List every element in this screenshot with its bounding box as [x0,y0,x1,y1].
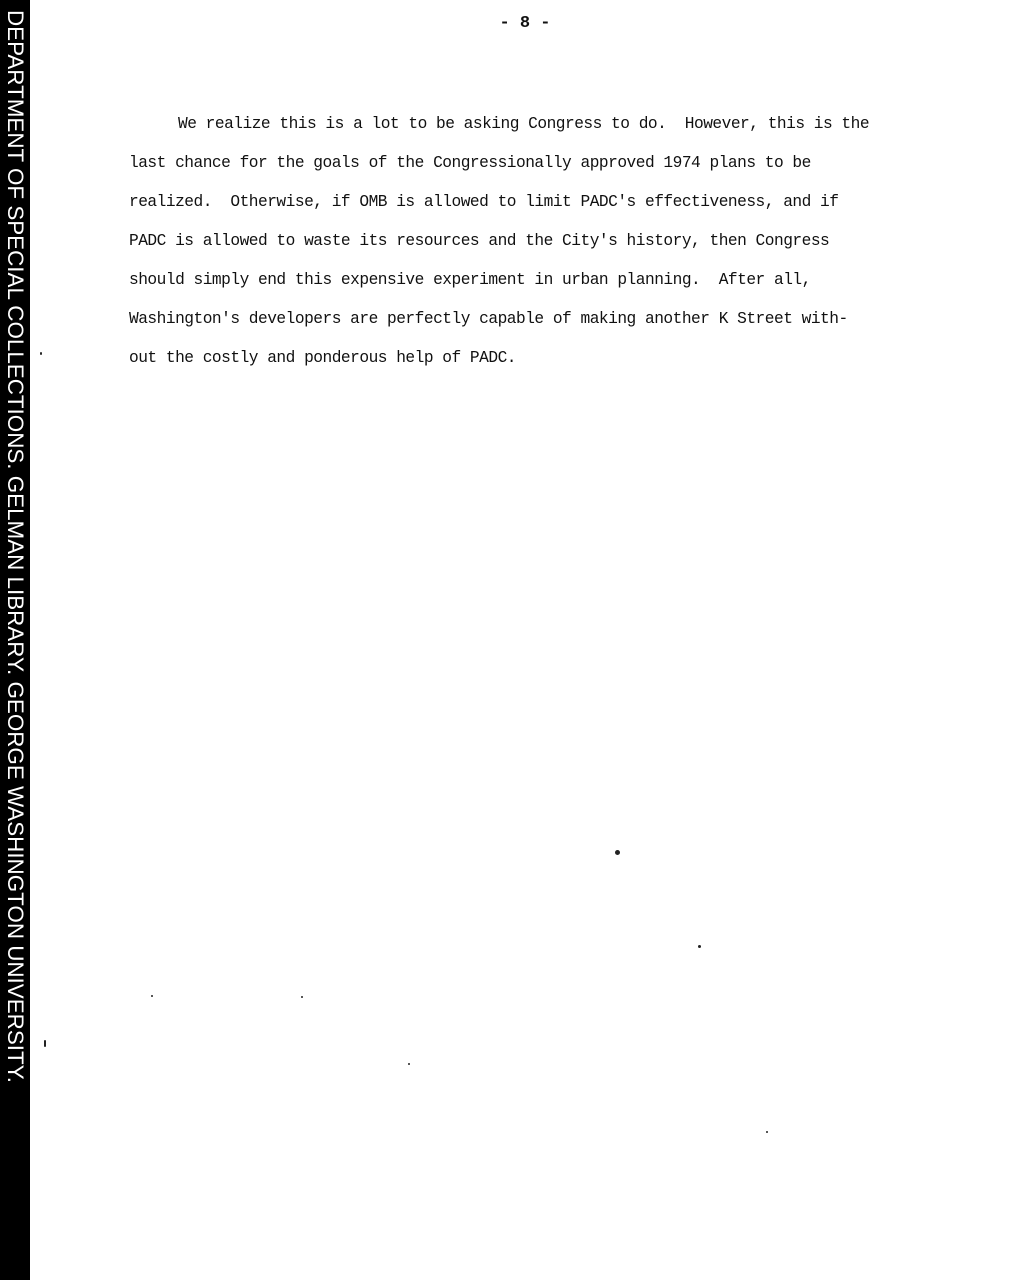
scan-speck [151,995,153,997]
text-line: last chance for the goals of the Congres… [129,151,949,190]
scan-speck [44,1040,46,1047]
scan-speck [301,996,303,998]
text-line: should simply end this expensive experim… [129,268,949,307]
archive-stamp-bar: DEPARTMENT OF SPECIAL COLLECTIONS. GELMA… [0,0,30,1280]
scan-speck [408,1063,410,1065]
text-line: We realize this is a lot to be asking Co… [129,112,949,151]
text-line: PADC is allowed to waste its resources a… [129,229,949,268]
body-paragraph: We realize this is a lot to be asking Co… [129,112,949,385]
scan-speck [40,352,42,355]
scan-speck [766,1131,768,1133]
text-line: out the costly and ponderous help of PAD… [129,346,949,385]
scan-speck [698,945,701,948]
page-number: - 8 - [0,14,1017,33]
text-line: Washington's developers are perfectly ca… [129,307,949,346]
text-line: realized. Otherwise, if OMB is allowed t… [129,190,949,229]
archive-stamp-text: DEPARTMENT OF SPECIAL COLLECTIONS. GELMA… [2,10,28,1083]
scan-speck [615,850,620,855]
